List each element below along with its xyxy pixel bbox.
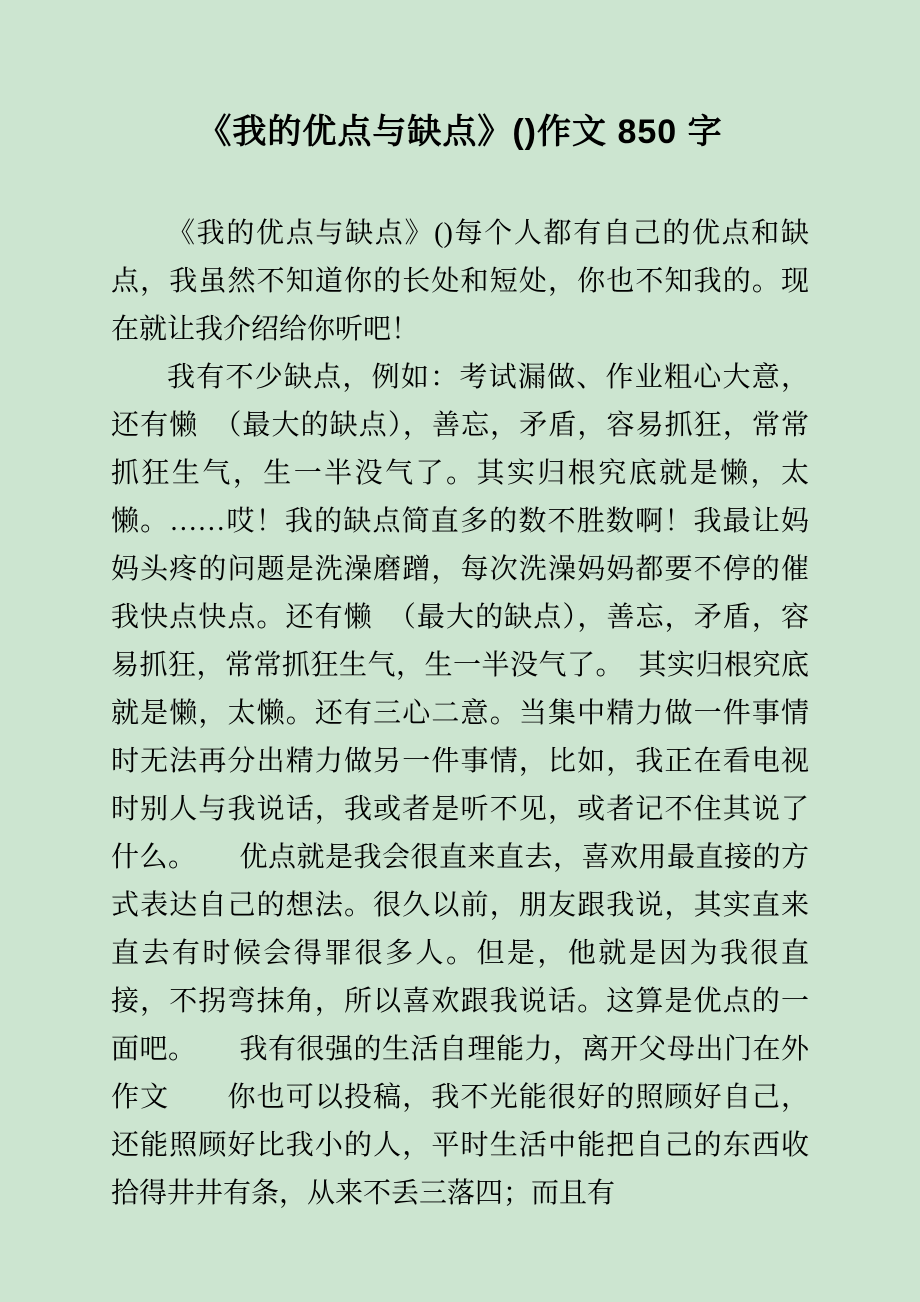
- document-title: 《我的优点与缺点》()作文 850 字: [0, 0, 920, 154]
- document-body: 《我的优点与缺点》()每个人都有自己的优点和缺点，我虽然不知道你的长处和短处，你…: [111, 210, 809, 1218]
- paragraph-intro: 《我的优点与缺点》()每个人都有自己的优点和缺点，我虽然不知道你的长处和短处，你…: [111, 210, 809, 354]
- paragraph-main: 我有不少缺点，例如：考试漏做、作业粗心大意，还有懒 （最大的缺点），善忘，矛盾，…: [111, 354, 809, 1218]
- document-page: 《我的优点与缺点》()作文 850 字 《我的优点与缺点》()每个人都有自己的优…: [0, 0, 920, 1302]
